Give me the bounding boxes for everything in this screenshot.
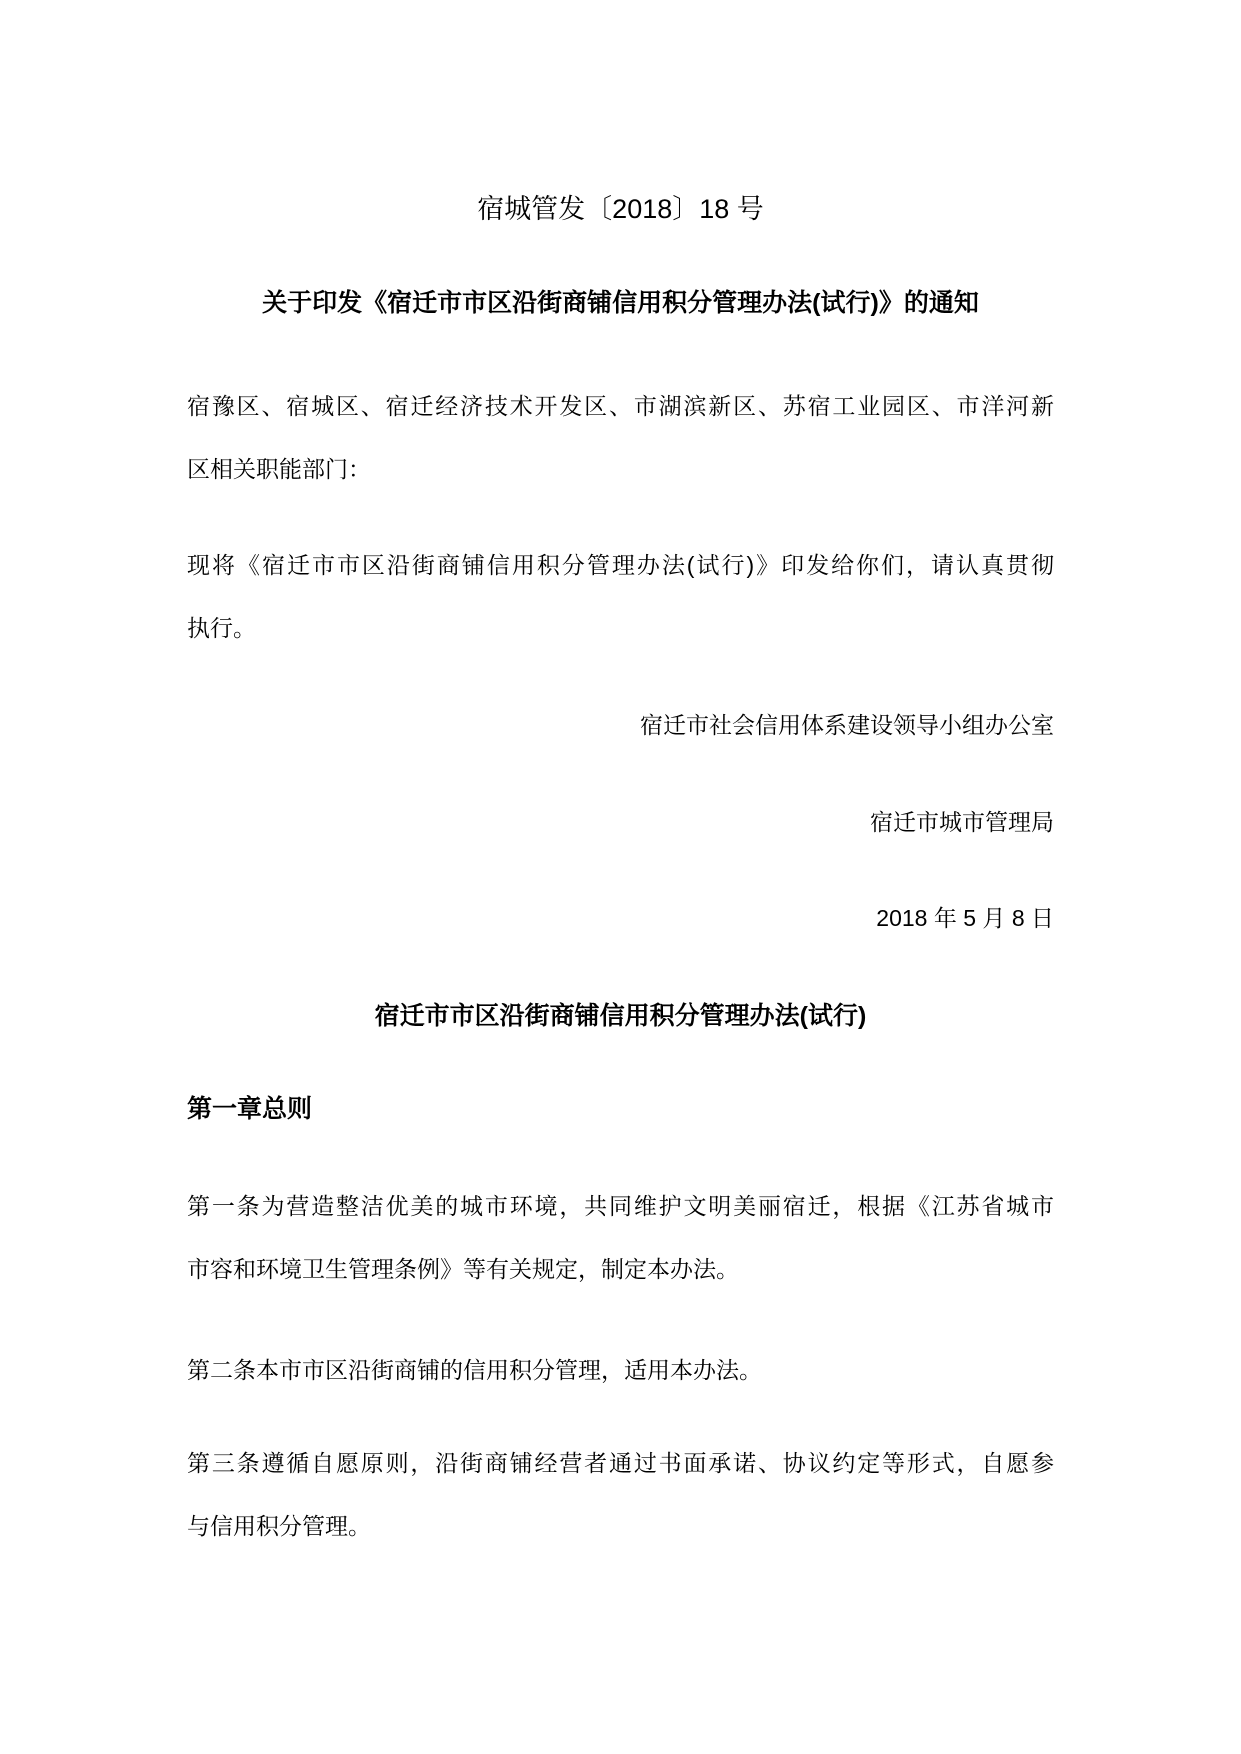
article-1-line-1: 第一条为营造整洁优美的城市环境，共同维护文明美丽宿迁，根据《江苏省城市 bbox=[187, 1175, 1054, 1238]
doc-number: 宿城管发〔2018〕18 号 bbox=[187, 178, 1054, 241]
forwarding-note-line-1: 现将《宿迁市市区沿街商铺信用积分管理办法(试行)》印发给你们，请认真贯彻 bbox=[187, 534, 1054, 597]
regulation-title: 宿迁市市区沿街商铺信用积分管理办法(试行) bbox=[187, 985, 1054, 1048]
article-1-line-2: 市容和环境卫生管理条例》等有关规定，制定本办法。 bbox=[187, 1238, 1054, 1301]
forwarding-note-line-2: 执行。 bbox=[187, 597, 1054, 660]
forwarding-note-paragraph: 现将《宿迁市市区沿街商铺信用积分管理办法(试行)》印发给你们，请认真贯彻 执行。 bbox=[187, 534, 1054, 660]
article-2-line-1: 第二条本市市区沿街商铺的信用积分管理，适用本办法。 bbox=[187, 1339, 1054, 1402]
recipients-line-1: 宿豫区、宿城区、宿迁经济技术开发区、市湖滨新区、苏宿工业园区、市洋河新 bbox=[187, 375, 1054, 438]
recipients-line-2: 区相关职能部门： bbox=[187, 438, 1054, 501]
article-1: 第一条为营造整洁优美的城市环境，共同维护文明美丽宿迁，根据《江苏省城市 市容和环… bbox=[187, 1175, 1054, 1301]
article-3-line-2: 与信用积分管理。 bbox=[187, 1495, 1054, 1558]
chapter-heading: 第一章总则 bbox=[187, 1078, 1054, 1141]
article-3-line-1: 第三条遵循自愿原则，沿街商铺经营者通过书面承诺、协议约定等形式，自愿参 bbox=[187, 1432, 1054, 1495]
document-page: 宿城管发〔2018〕18 号 关于印发《宿迁市市区沿街商铺信用积分管理办法(试行… bbox=[0, 0, 1241, 1754]
signature-office: 宿迁市社会信用体系建设领导小组办公室 bbox=[187, 694, 1054, 757]
article-2: 第二条本市市区沿街商铺的信用积分管理，适用本办法。 bbox=[187, 1339, 1054, 1402]
recipients-paragraph: 宿豫区、宿城区、宿迁经济技术开发区、市湖滨新区、苏宿工业园区、市洋河新 区相关职… bbox=[187, 375, 1054, 501]
article-3: 第三条遵循自愿原则，沿街商铺经营者通过书面承诺、协议约定等形式，自愿参 与信用积… bbox=[187, 1432, 1054, 1558]
signature-bureau: 宿迁市城市管理局 bbox=[187, 791, 1054, 854]
issue-date: 2018 年 5 月 8 日 bbox=[187, 887, 1054, 950]
notice-title: 关于印发《宿迁市市区沿街商铺信用积分管理办法(试行)》的通知 bbox=[187, 272, 1054, 335]
